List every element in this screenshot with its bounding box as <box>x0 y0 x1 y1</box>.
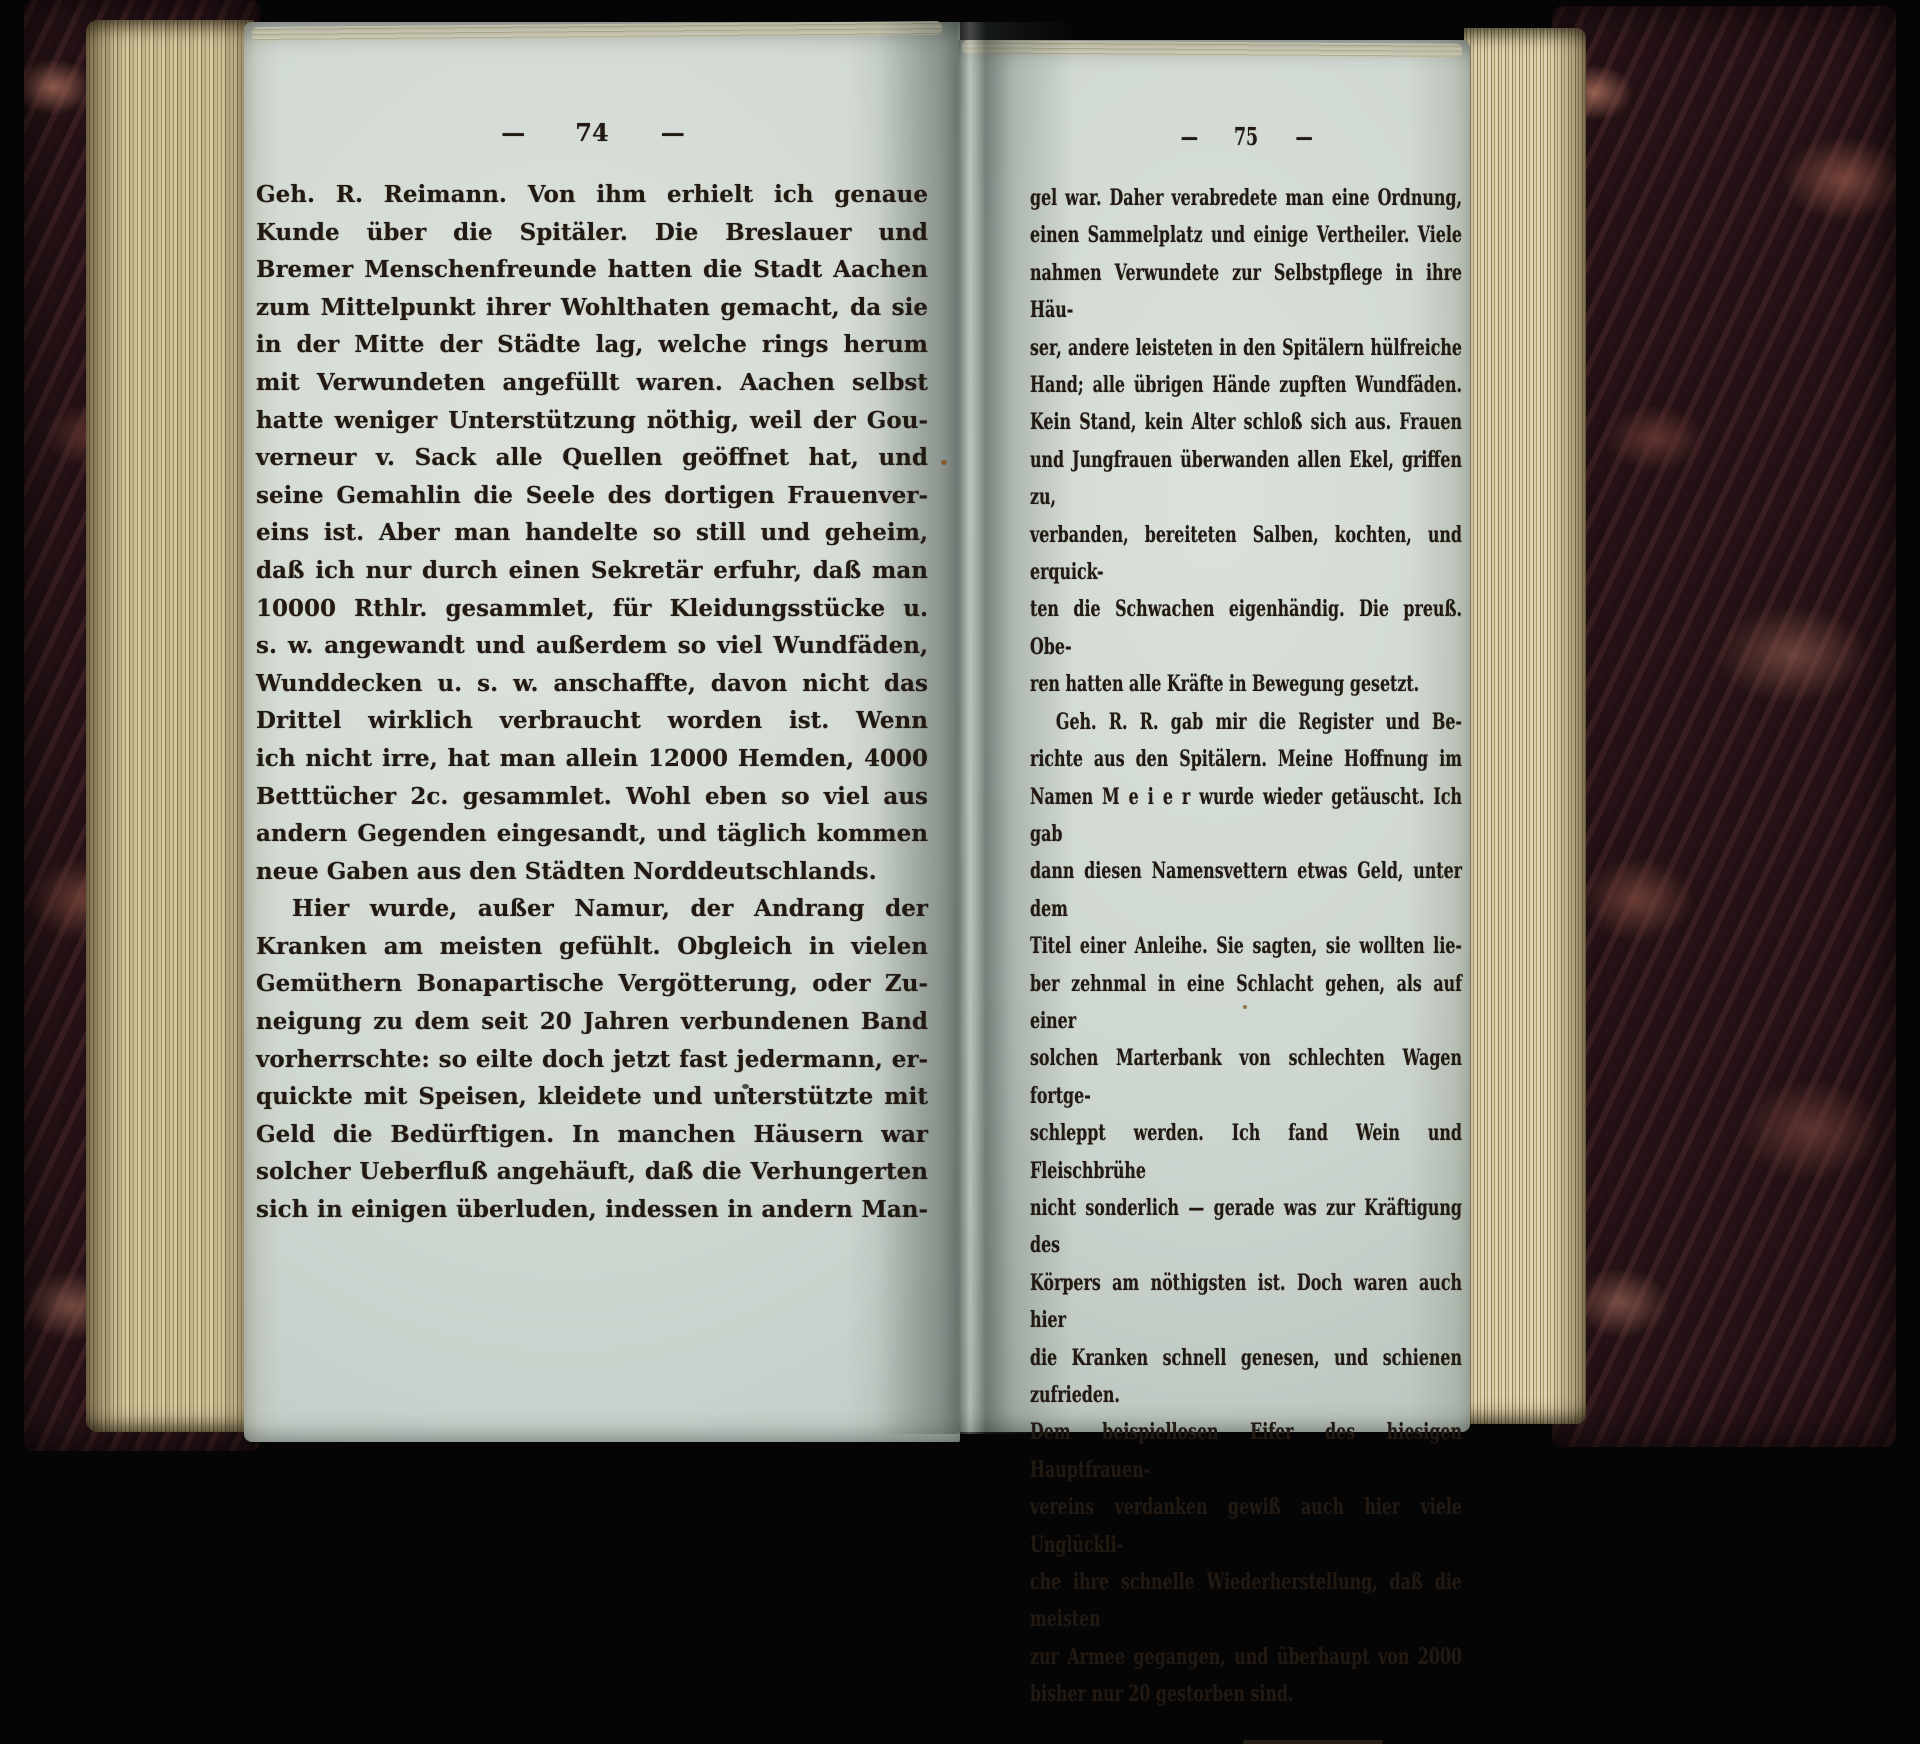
text-line: Kein Stand, kein Alter schloß sich aus. … <box>1030 404 1462 441</box>
text-line: Bremer Menschenfreunde hatten die Stadt … <box>256 251 928 289</box>
page-edges-left <box>86 20 254 1432</box>
text-line: Gemüthern Bonapartische Vergötterung, od… <box>256 965 928 1003</box>
text-line: Dem beispiellosen Eifer des hiesigen Hau… <box>1030 1414 1462 1451</box>
header-dash-left: — <box>1181 122 1197 151</box>
text-line: ich nicht irre, hat man allein 12000 Hem… <box>256 740 928 778</box>
text-line: solcher Ueberfluß angehäuft, daß die Ver… <box>256 1153 928 1191</box>
text-line: und Jungfrauen überwanden allen Ekel, gr… <box>1030 442 1462 517</box>
text-line: Geh. R. Reimann. Von ihm erhielt ich gen… <box>256 176 928 214</box>
paragraph-geh-rr: Geh. R. R. gab mir die Register und Be-r… <box>1030 704 1462 1451</box>
text-line: ren hatten alle Kräfte in Bewegung geset… <box>1030 666 1462 703</box>
text-line: Körpers am nöthigsten ist. Doch waren au… <box>1030 1265 1462 1340</box>
header-dash-right: — <box>1295 122 1311 151</box>
text-line: zum Mittelpunkt ihrer Wohlthaten gemacht… <box>256 289 928 327</box>
text-line: verneur v. Sack alle Quellen geöffnet ha… <box>256 439 928 477</box>
text-line: daß ich nur durch einen Sekretär erfuhr,… <box>256 552 928 590</box>
text-line: Drittel wirklich verbraucht worden ist. … <box>256 702 928 740</box>
text-line: eins ist. Aber man handelte so still und… <box>256 514 928 552</box>
text-line: schleppt werden. Ich fand Wein und Fleis… <box>1030 1115 1462 1190</box>
text-line: mit Verwundeten angefüllt waren. Aachen … <box>256 364 928 402</box>
text-line: andern Gegenden eingesandt, und täglich … <box>256 815 928 853</box>
text-line: hatte weniger Unterstützung nöthig, weil… <box>256 402 928 440</box>
text-line: ten die Schwachen eigenhändig. Die preuß… <box>1030 591 1462 666</box>
page-edges-right <box>1464 28 1586 1424</box>
text-line: in der Mitte der Städte lag, welche ring… <box>256 326 928 364</box>
text-line: Wunddecken u. s. w. anschaffte, davon ni… <box>256 665 928 703</box>
right-page-number: 75 <box>1234 122 1258 151</box>
text-line: sich in einigen überluden, indessen in a… <box>256 1191 928 1229</box>
text-line: neigung zu dem seit 20 Jahren verbundene… <box>256 1003 928 1041</box>
header-dash-left: — <box>501 118 523 147</box>
text-line: verbanden, bereiteten Salben, kochten, u… <box>1030 517 1462 592</box>
text-line: nahmen Verwundete zur Selbstpflege in ih… <box>1030 255 1462 330</box>
right-page-header: — 75 — <box>1030 122 1462 151</box>
book-cover-right-marbled <box>1552 6 1896 1447</box>
text-line: Titel einer Anleihe. Sie sagten, sie wol… <box>1030 928 1462 965</box>
text-line: nicht sonderlich — gerade was zur Kräfti… <box>1030 1190 1462 1265</box>
text-line: s. w. angewandt und außerdem so viel Wun… <box>256 627 928 665</box>
text-line: ber zehnmal in eine Schlacht gehen, als … <box>1030 966 1462 1041</box>
text-line: quickte mit Speisen, kleidete und unters… <box>256 1078 928 1116</box>
open-book-photo: — 74 — Geh. R. Reimann. Von ihm erhielt … <box>0 0 1920 1451</box>
right-page-text: gel war. Daher verabredete man eine Ordn… <box>1030 180 1462 1451</box>
text-line: einen Sammelplatz und einige Vertheiler.… <box>1030 217 1462 254</box>
text-line: seine Gemahlin die Seele des dortigen Fr… <box>256 477 928 515</box>
paper-fleck <box>742 1084 749 1089</box>
text-line: Geld die Bedürftigen. In manchen Häusern… <box>256 1116 928 1154</box>
text-line: solchen Marterbank von schlechten Wagen … <box>1030 1040 1462 1115</box>
left-page-text: Geh. R. Reimann. Von ihm erhielt ich gen… <box>256 176 928 1229</box>
text-line: richte aus den Spitälern. Meine Hoffnung… <box>1030 741 1462 778</box>
left-page-header: — 74 — <box>256 118 928 147</box>
paper-fleck <box>1243 1005 1247 1009</box>
text-line: Betttücher 2c. gesammlet. Wohl eben so v… <box>256 778 928 816</box>
paragraph-continued: Geh. R. Reimann. Von ihm erhielt ich gen… <box>256 176 928 890</box>
header-dash-right: — <box>661 118 683 147</box>
text-line: Hand; alle übrigen Hände zupften Wundfäd… <box>1030 367 1462 404</box>
paper-fleck <box>941 460 947 465</box>
text-line: Hier wurde, außer Namur, der Andrang der <box>256 890 928 928</box>
text-line: Geh. R. R. gab mir die Register und Be- <box>1030 704 1462 741</box>
left-page-number: 74 <box>575 118 608 147</box>
text-line: neue Gaben aus den Städten Norddeutschla… <box>256 853 928 891</box>
paragraph-hier-wurde: Hier wurde, außer Namur, der Andrang der… <box>256 890 928 1228</box>
text-line: Kunde über die Spitäler. Die Breslauer u… <box>256 214 928 252</box>
text-line: vorherrschte: so eilte doch jetzt fast j… <box>256 1041 928 1079</box>
text-line: dann diesen Namensvettern etwas Geld, un… <box>1030 853 1462 928</box>
text-line: gel war. Daher verabredete man eine Ordn… <box>1030 180 1462 217</box>
text-line: die Kranken schnell genesen, und schiene… <box>1030 1340 1462 1415</box>
text-line: ser, andere leisteten in den Spitälern h… <box>1030 330 1462 367</box>
text-line: Namen M e i e r wurde wieder getäuscht. … <box>1030 779 1462 854</box>
paragraph-continued: gel war. Daher verabredete man eine Ordn… <box>1030 180 1462 704</box>
text-line: 10000 Rthlr. gesammlet, für Kleidungsstü… <box>256 590 928 628</box>
text-line: Kranken am meisten gefühlt. Obgleich in … <box>256 928 928 966</box>
